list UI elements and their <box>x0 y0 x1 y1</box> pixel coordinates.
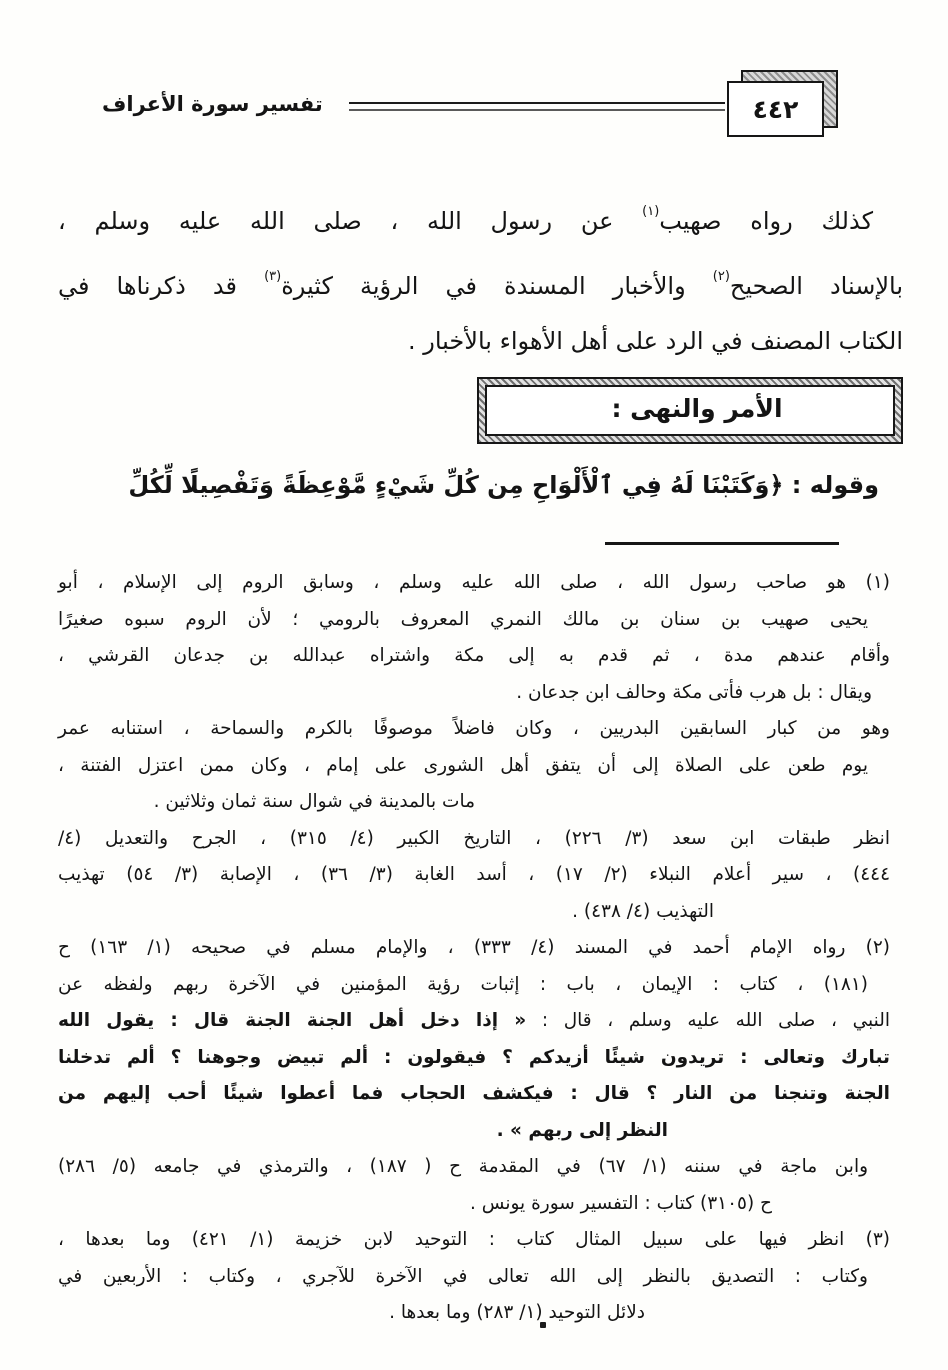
hadith-bold-text: « إذا دخل أهل الجنة الجنة قال : يقول الل… <box>58 1010 526 1031</box>
footnote-line: ويقال : بل هرب فأتى مكة وحالف ابن جدعان … <box>58 675 890 712</box>
footnote-ref: (٢) <box>713 269 730 284</box>
footnote-line: وكتاب : التصديق بالنظر إلى الله تعالى في… <box>58 1259 890 1296</box>
footnote-line: الجنة وتنجنا من النار ؟ قال : فيكشف الحج… <box>58 1076 890 1113</box>
hadith-bold-text: النظر إلى ربهم » . <box>497 1120 668 1141</box>
footnote-line: انظر طبقات ابن سعد (٣/ ٢٢٦) ، التاريخ ال… <box>58 821 890 858</box>
hadith-bold-text: تبارك وتعالى : تريدون شيئًا أزيدكم ؟ فيق… <box>58 1047 890 1068</box>
footnote-line: التهذيب (٤/ ٤٣٨) . <box>58 894 890 931</box>
footnote-line: مات بالمدينة في شوال سنة ثمان وثلاثين . <box>58 784 890 821</box>
footnote-line: وابن ماجة في سننه (١/ ٦٧) في المقدمة ح (… <box>58 1149 890 1186</box>
section-heading: الأمر والنهى : <box>485 385 895 436</box>
book-page: ٤٤٢ تفسير سورة الأعراف كذلك رواه صهيب(١)… <box>0 0 948 1370</box>
footnote-line: يوم طعن على الصلاة إلى أن يتفق أهل الشور… <box>58 748 890 785</box>
footnote-line: يحيى صهيب بن سنان بن مالك النمري المعروف… <box>58 602 890 639</box>
footnotes-block: (١) هو صاحب رسول الله ، صلى الله عليه وس… <box>58 565 903 1332</box>
footnote-line: (١٨١) ، كتاب : الإيمان ، باب : إثبات رؤي… <box>58 967 890 1004</box>
ink-speck <box>540 1322 546 1328</box>
footnote-line: (١) هو صاحب رسول الله ، صلى الله عليه وس… <box>58 565 890 602</box>
body-line: بالإسناد الصحيح(٢) والأخبار المسندة في ا… <box>58 249 903 314</box>
footnote-line: دلائل التوحيد (١/ ٢٨٣) وما بعدها . <box>58 1295 890 1332</box>
section-heading-row: الأمر والنهى : <box>58 377 903 444</box>
body-line: الكتاب المصنف في الرد على أهل الأهواء با… <box>58 314 903 369</box>
footnote-line: (٣) انظر فيها على سبيل المثال كتاب : الت… <box>58 1222 890 1259</box>
footnote-line: تبارك وتعالى : تريدون شيئًا أزيدكم ؟ فيق… <box>58 1040 890 1077</box>
footnote-ref: (١) <box>642 204 659 219</box>
header-rule <box>349 102 725 111</box>
page-body: كذلك رواه صهيب(١) عن رسول الله ، صلى الل… <box>58 184 903 514</box>
page-title: تفسير سورة الأعراف <box>102 92 323 116</box>
body-paragraph: كذلك رواه صهيب(١) عن رسول الله ، صلى الل… <box>58 184 903 369</box>
page-header: ٤٤٢ تفسير سورة الأعراف <box>58 70 903 138</box>
footnote-line: وهو من كبار السابقين البدريين ، وكان فاض… <box>58 711 890 748</box>
hadith-bold-text: الجنة وتنجنا من النار ؟ قال : فيكشف الحج… <box>58 1083 890 1104</box>
page-number-box: ٤٤٢ <box>727 70 837 138</box>
footnote-separator <box>605 542 839 545</box>
page-number: ٤٤٢ <box>727 81 824 137</box>
footnote-line: وأقام عندهم مدة ، ثم قدم به إلى مكة واشت… <box>58 638 890 675</box>
footnote-line: (٢) رواه الإمام أحمد في المسند (٤/ ٣٣٣) … <box>58 930 890 967</box>
footnote-line: النبي ، صلى الله عليه وسلم ، قال : « إذا… <box>58 1003 890 1040</box>
quran-verse-line: وقوله : ﴿وَكَتَبْنَا لَهُ فِي ٱلْأَلْوَا… <box>58 456 903 514</box>
section-heading-box: الأمر والنهى : <box>477 377 903 444</box>
footnote-line: ح (٣١٠٥) كتاب : التفسير سورة يونس . <box>58 1186 890 1223</box>
body-line: كذلك رواه صهيب(١) عن رسول الله ، صلى الل… <box>58 184 903 249</box>
footnote-line: النظر إلى ربهم » . <box>58 1113 890 1150</box>
footnote-ref: (٣) <box>264 269 281 284</box>
footnote-line: ٤٤٤) ، سير أعلام النبلاء (٢/ ١٧) ، أسد ا… <box>58 857 890 894</box>
